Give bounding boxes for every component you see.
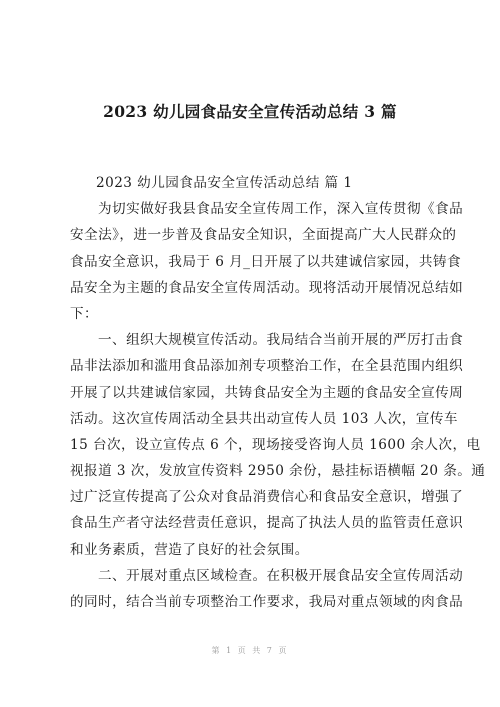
paragraph-line: 和业务素质，营造了良好的社会氛围。 [70,537,438,563]
paragraph-line: 开展了以共建诚信家园，共铸食品安全为主题的食品安全宣传周 [70,380,438,406]
paragraph-line: 一、组织大规模宣传活动。我局结合当前开展的严厉打击食 [70,327,438,353]
paragraph-line: 为切实做好我县食品安全宣传周工作，深入宣传贯彻《食品 [70,196,438,222]
paragraph-line: 过广泛宣传提高了公众对食品消费信心和食品安全意识，增强了 [70,484,438,510]
paragraph-line: 的同时，结合当前专项整治工作要求，我局对重点领域的肉食品 [70,589,438,615]
paragraph-line: 下： [70,301,438,327]
paragraph-line: 视报道 3 次，发放宣传资料 2950 余份，悬挂标语横幅 20 条。通 [70,458,438,484]
document-title: 2023 幼儿园食品安全宣传活动总结 3 篇 [0,100,500,122]
paragraph-line: 安全法》，进一步普及食品安全知识，全面提高广大人民群众的 [70,222,438,248]
paragraph-line: 活动。这次宣传周活动全县共出动宣传人员 103 人次，宣传车 [70,406,438,432]
document-body: 2023 幼儿园食品安全宣传活动总结 篇 1 为切实做好我县食品安全宣传周工作，… [70,170,438,615]
paragraph-line: 食品安全意识，我局于 6 月_日开展了以共建诚信家园，共铸食 [70,249,438,275]
section-heading: 2023 幼儿园食品安全宣传活动总结 篇 1 [70,170,438,196]
paragraph-line: 品非法添加和滥用食品添加剂专项整治工作，在全县范围内组织 [70,353,438,379]
paragraph-line: 15 台次，设立宣传点 6 个，现场接受咨询人员 1600 余人次，电 [70,432,438,458]
paragraph-line: 品安全为主题的食品安全宣传周活动。现将活动开展情况总结如 [70,275,438,301]
page-indicator: 第 1 页 共 7 页 [0,645,500,656]
paragraph-line: 二、开展对重点区域检查。在积极开展食品安全宣传周活动 [70,563,438,589]
paragraph-line: 食品生产者守法经营责任意识，提高了执法人员的监管责任意识 [70,510,438,536]
